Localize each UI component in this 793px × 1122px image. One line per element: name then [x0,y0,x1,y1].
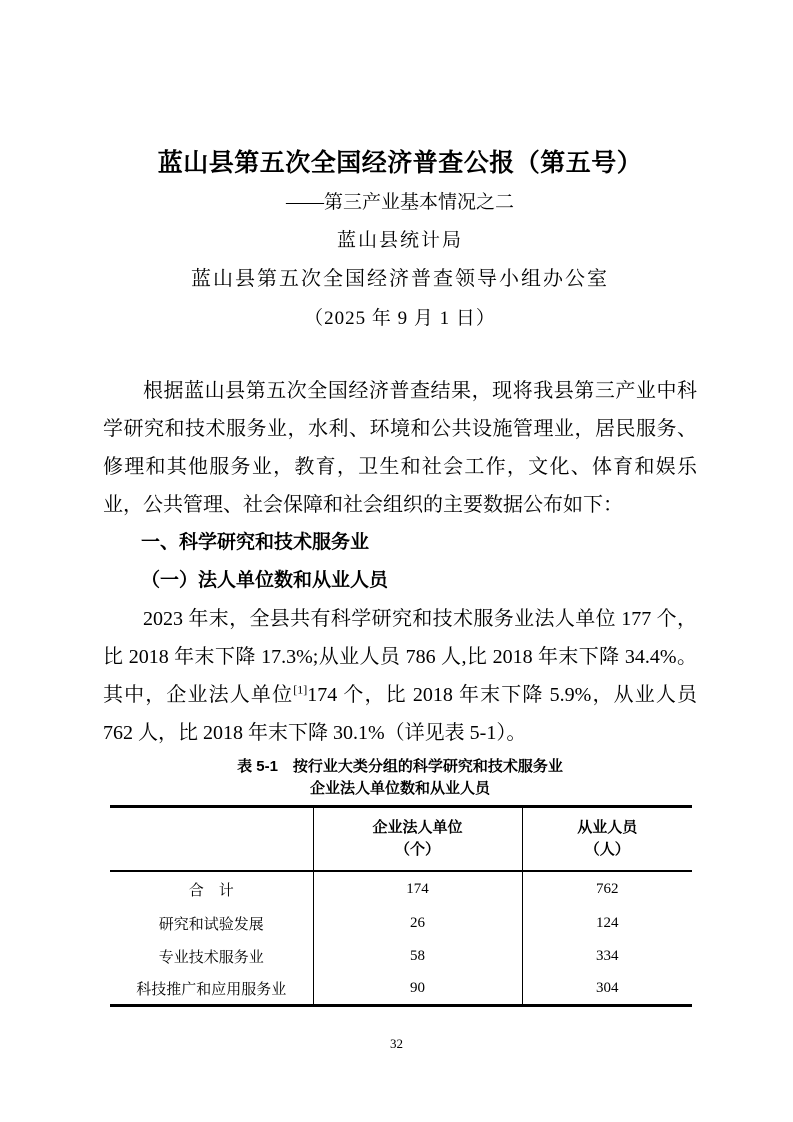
row-label: 科技推广和应用服务业 [110,973,313,1006]
stats-paragraph: 2023 年末，全县共有科学研究和技术服务业法人单位 177 个，比 2018 … [103,600,697,752]
section-1-heading: 一、科学研究和技术服务业 [103,524,697,562]
row-units-value: 58 [313,940,522,973]
document-subtitle: ——第三产业基本情况之二 [103,190,697,216]
table-row: 合 计 174 762 [110,871,692,907]
table-header-units-line1: 企业法人单位 [314,817,522,839]
issuer-bureau: 蓝山县统计局 [103,228,697,254]
table-row: 研究和试验发展 26 124 [110,907,692,940]
row-label: 专业技术服务业 [110,940,313,973]
table-5-1: 企业法人单位 （个） 从业人员 （人） 合 计 174 762 研究和试验发展 [110,805,692,1007]
row-units-value: 26 [313,907,522,940]
row-employees-value: 304 [522,973,692,1006]
table-header-employees-line2: （人） [523,839,693,861]
publication-date: （2025 年 9 月 1 日） [103,306,697,332]
table-title-line1: 表 5-1 按行业大类分组的科学研究和技术服务业 [103,756,697,778]
table-row: 专业技术服务业 58 334 [110,940,692,973]
document-page: 蓝山县第五次全国经济普查公报（第五号） ——第三产业基本情况之二 蓝山县统计局 … [0,0,793,1122]
table-header-empty-cell [110,807,313,871]
table-header-row: 企业法人单位 （个） 从业人员 （人） [110,807,692,871]
table-header-units: 企业法人单位 （个） [313,807,522,871]
table-header-employees: 从业人员 （人） [522,807,692,871]
intro-paragraph: 根据蓝山县第五次全国经济普查结果，现将我县第三产业中科学研究和技术服务业，水利、… [103,372,697,524]
row-label: 合 计 [110,871,313,907]
row-label: 研究和试验发展 [110,907,313,940]
table-header-employees-line1: 从业人员 [523,817,693,839]
row-units-value: 174 [313,871,522,907]
row-employees-value: 334 [522,940,692,973]
footnote-marker: [1] [293,682,307,696]
table-title: 表 5-1 按行业大类分组的科学研究和技术服务业 企业法人单位数和从业人员 [103,756,697,800]
issuer-office: 蓝山县第五次全国经济普查领导小组办公室 [103,266,697,292]
row-employees-value: 124 [522,907,692,940]
row-employees-value: 762 [522,871,692,907]
table-header-units-line2: （个） [314,839,522,861]
table-row: 科技推广和应用服务业 90 304 [110,973,692,1006]
page-number: 32 [0,1036,793,1052]
row-units-value: 90 [313,973,522,1006]
table-title-line2: 企业法人单位数和从业人员 [103,778,697,800]
document-content: 蓝山县第五次全国经济普查公报（第五号） ——第三产业基本情况之二 蓝山县统计局 … [103,146,697,1007]
subsection-1-1-heading: （一）法人单位数和从业人员 [103,562,697,600]
document-title: 蓝山县第五次全国经济普查公报（第五号） [103,146,697,180]
